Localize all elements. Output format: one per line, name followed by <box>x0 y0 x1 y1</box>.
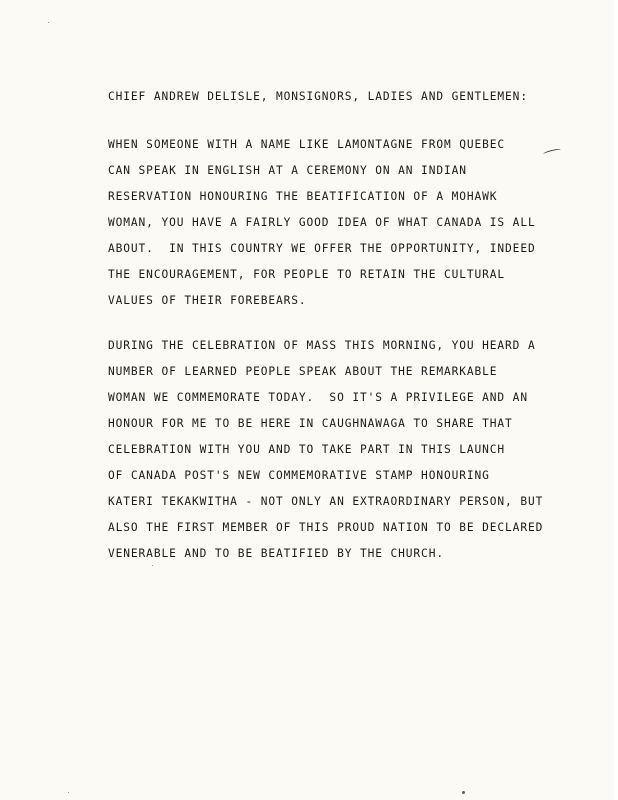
text-line: HONOUR FOR ME TO BE HERE IN CAUGHNAWAGA … <box>108 417 513 431</box>
paper-speck <box>48 22 49 23</box>
ink-dot <box>462 791 465 794</box>
text-line: WHEN SOMEONE WITH A NAME LIKE LAMONTAGNE… <box>108 138 505 152</box>
text-line: WOMAN WE COMMEMORATE TODAY. SO IT'S A PR… <box>108 391 528 405</box>
text-line: VENERABLE AND TO BE BEATIFIED BY THE CHU… <box>108 547 444 561</box>
text-line: OF CANADA POST'S NEW COMMEMORATIVE STAMP… <box>108 469 490 483</box>
text-line: RESERVATION HONOURING THE BEATIFICATION … <box>108 190 497 204</box>
text-line: THE ENCOURAGEMENT, FOR PEOPLE TO RETAIN … <box>108 268 505 282</box>
text-line: VALUES OF THEIR FOREBEARS. <box>108 294 307 308</box>
text-line: ALSO THE FIRST MEMBER OF THIS PROUD NATI… <box>108 521 543 535</box>
text-line: CAN SPEAK IN ENGLISH AT A CEREMONY ON AN… <box>108 164 467 178</box>
document-page: CHIEF ANDREW DELISLE, MONSIGNORS, LADIES… <box>0 0 614 800</box>
pen-mark <box>543 148 561 156</box>
page-edge <box>614 0 618 800</box>
text-line: WOMAN, YOU HAVE A FAIRLY GOOD IDEA OF WH… <box>108 216 536 230</box>
text-line: CELEBRATION WITH YOU AND TO TAKE PART IN… <box>108 443 505 457</box>
paper-speck <box>68 792 69 793</box>
salutation: CHIEF ANDREW DELISLE, MONSIGNORS, LADIES… <box>108 90 528 104</box>
text-line: DURING THE CELEBRATION OF MASS THIS MORN… <box>108 339 536 353</box>
text-line: ABOUT. IN THIS COUNTRY WE OFFER THE OPPO… <box>108 242 536 256</box>
text-line: KATERI TEKAKWITHA - NOT ONLY AN EXTRAORD… <box>108 495 543 509</box>
text-line: NUMBER OF LEARNED PEOPLE SPEAK ABOUT THE… <box>108 365 497 379</box>
paper-speck <box>152 565 153 566</box>
